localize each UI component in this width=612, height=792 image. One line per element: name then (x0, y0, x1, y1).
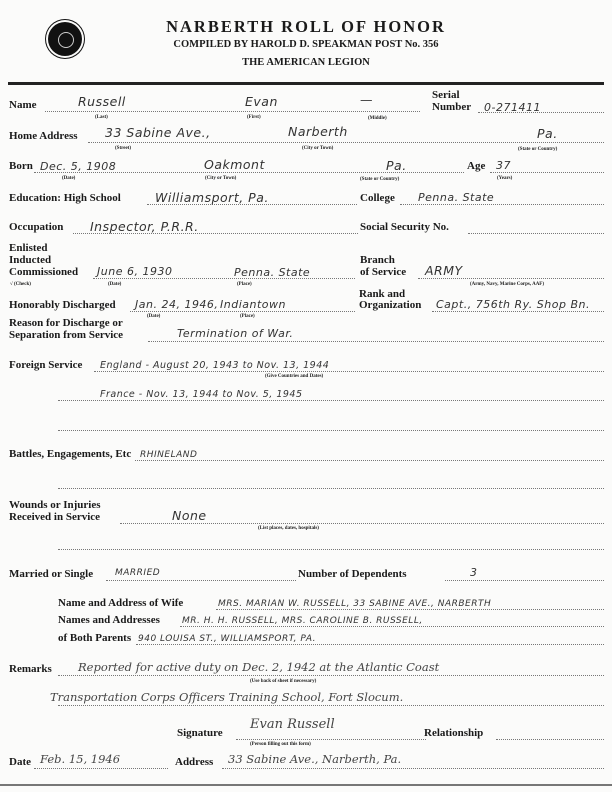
foreign-caption: (Give Countries and Dates) (265, 374, 323, 379)
remarks-label: Remarks (9, 664, 52, 675)
battles-field[interactable]: RHINELAND (140, 450, 197, 460)
wife-field[interactable]: MRS. MARIAN W. RUSSELL, 33 SABINE AVE., … (218, 599, 491, 609)
parents-line-2 (136, 644, 604, 645)
commissioned-option[interactable]: Commissioned (9, 267, 78, 278)
foreign-service-field-2[interactable]: France - Nov. 13, 1944 to Nov. 5, 1945 (100, 389, 303, 400)
form-title: NARBERTH ROLL OF HONOR (0, 17, 612, 37)
remarks-line-1 (58, 675, 604, 676)
ssn-label: Social Security No. (360, 222, 449, 233)
foreign-service-label: Foreign Service (9, 360, 82, 371)
remarks-field-2[interactable]: Transportation Corps Officers Training S… (50, 690, 403, 704)
marital-line (106, 580, 296, 581)
check-caption: √ (Check) (10, 282, 31, 287)
foreign-line-1 (94, 371, 604, 372)
branch-label-2: of Service (360, 267, 406, 278)
dependents-label: Number of Dependents (298, 569, 407, 580)
wounds-field[interactable]: None (172, 508, 207, 523)
name-line (45, 111, 420, 112)
date-line (34, 768, 168, 769)
discharge-place-field[interactable]: Indiantown (220, 298, 286, 311)
born-date-caption: (Date) (62, 176, 75, 181)
remarks-caption: (Use back of sheet if necessary) (250, 679, 316, 684)
dependents-line (445, 580, 604, 581)
reason-field[interactable]: Termination of War. (177, 327, 293, 340)
serial-number-field[interactable]: 0-271411 (484, 101, 541, 114)
enlisted-option[interactable]: Enlisted (9, 243, 48, 254)
remarks-line-2 (58, 705, 604, 706)
last-caption: (Last) (95, 115, 108, 120)
address-label: Address (175, 757, 213, 768)
born-city-field[interactable]: Oakmont (204, 157, 265, 172)
street-field[interactable]: 33 Sabine Ave., (105, 125, 211, 140)
city-field[interactable]: Narberth (288, 124, 348, 139)
address-line (222, 768, 604, 769)
marital-field[interactable]: MARRIED (115, 568, 160, 578)
parents-label-2: of Both Parents (58, 633, 131, 644)
relationship-line (496, 739, 604, 740)
foreign-line-3 (58, 430, 604, 431)
reason-label-2: Separation from Service (9, 330, 123, 341)
wife-label: Name and Address of Wife (58, 598, 183, 609)
wounds-label-1: Wounds or Injuries (9, 500, 101, 511)
city-caption: (City or Town) (302, 146, 333, 151)
bottom-edge (0, 784, 612, 786)
street-caption: (Street) (115, 146, 131, 151)
commissioned-date-field[interactable]: June 6, 1930 (97, 265, 172, 278)
wounds-line (120, 523, 604, 524)
signature-field[interactable]: Evan Russell (250, 717, 335, 732)
born-label: Born (9, 161, 33, 172)
ssn-line (468, 233, 604, 234)
branch-label-1: Branch (360, 255, 395, 266)
name-label: Name (9, 100, 37, 111)
wounds-line-2 (58, 549, 604, 550)
discharge-line (130, 311, 355, 312)
age-field[interactable]: 37 (496, 159, 511, 172)
college-line (400, 204, 604, 205)
branch-caption: (Army, Navy, Marine Corps, AAF) (470, 282, 544, 287)
header-divider (8, 82, 604, 85)
signature-label: Signature (177, 728, 223, 739)
discharge-date-caption: (Date) (147, 314, 160, 319)
occupation-label: Occupation (9, 222, 63, 233)
commission-line (93, 278, 355, 279)
branch-line (418, 278, 604, 279)
age-caption: (Years) (497, 176, 512, 181)
commission-date-caption: (Date) (108, 282, 121, 287)
high-school-field[interactable]: Williamsport, Pa. (155, 190, 269, 205)
home-address-label: Home Address (9, 131, 78, 142)
discharge-date-field[interactable]: Jan. 24, 1946, (135, 298, 218, 311)
commissioned-place-field[interactable]: Penna. State (234, 266, 310, 279)
foreign-service-field-1[interactable]: England - August 20, 1943 to Nov. 13, 19… (100, 360, 329, 371)
rank-label-2: Organization (359, 300, 421, 311)
inducted-option[interactable]: Inducted (9, 255, 51, 266)
date-label: Date (9, 757, 31, 768)
battles-label: Battles, Engagements, Etc (9, 449, 131, 460)
born-city-caption: (City or Town) (205, 176, 236, 181)
home-address-line (88, 142, 604, 143)
last-name-field[interactable]: Russell (78, 94, 126, 109)
discharged-label: Honorably Discharged (9, 300, 116, 311)
wife-line (216, 609, 604, 610)
wounds-caption: (List places, dates, hospitals) (258, 526, 319, 531)
parents-field-1[interactable]: MR. H. H. RUSSELL, MRS. CAROLINE B. RUSS… (182, 616, 423, 626)
commission-place-caption: (Place) (237, 282, 252, 287)
serial-label-2: Number (432, 102, 471, 113)
dependents-field[interactable]: 3 (470, 566, 478, 579)
foreign-line-2 (58, 400, 604, 401)
battles-line (135, 460, 604, 461)
born-state-field[interactable]: Pa. (386, 158, 407, 173)
parents-line-1 (180, 626, 604, 627)
serial-label-1: Serial (432, 90, 460, 101)
parents-field-2[interactable]: 940 LOUISA ST., WILLIAMSPORT, PA. (138, 634, 316, 644)
form-organization: THE AMERICAN LEGION (0, 57, 612, 68)
date-field[interactable]: Feb. 15, 1946 (40, 752, 120, 766)
college-field[interactable]: Penna. State (418, 191, 494, 204)
middle-name-field[interactable]: — (360, 92, 373, 107)
address-field[interactable]: 33 Sabine Ave., Narberth, Pa. (228, 752, 401, 766)
marital-label: Married or Single (9, 569, 93, 580)
first-caption: (First) (247, 115, 261, 120)
state-caption: (State or Country) (518, 147, 557, 152)
relationship-label: Relationship (424, 728, 483, 739)
remarks-field-1[interactable]: Reported for active duty on Dec. 2, 1942… (78, 660, 439, 674)
roll-of-honor-form: NARBERTH ROLL OF HONOR COMPILED BY HAROL… (0, 0, 612, 792)
state-field[interactable]: Pa. (537, 126, 558, 141)
wounds-label-2: Received in Service (9, 512, 100, 523)
signature-line (236, 739, 426, 740)
reason-line (148, 341, 604, 342)
rank-field[interactable]: Capt., 756th Ry. Shop Bn. (436, 298, 590, 311)
age-label: Age (467, 161, 485, 172)
born-date-field[interactable]: Dec. 5, 1908 (40, 160, 116, 173)
reason-label-1: Reason for Discharge or (9, 318, 123, 329)
middle-caption: (Middle) (368, 116, 387, 121)
form-subtitle: COMPILED BY HAROLD D. SPEAKMAN POST No. … (0, 39, 612, 50)
first-name-field[interactable]: Evan (245, 94, 278, 109)
signature-caption: (Person filling out this form) (250, 742, 311, 747)
parents-label-1: Names and Addresses (58, 615, 160, 626)
branch-field[interactable]: ARMY (425, 263, 463, 278)
occupation-field[interactable]: Inspector, P.R.R. (90, 219, 199, 234)
age-line (490, 172, 604, 173)
battles-line-2 (58, 488, 604, 489)
rank-line (432, 311, 604, 312)
college-label: College (360, 193, 395, 204)
born-state-caption: (State or Country) (360, 177, 399, 182)
high-school-label: Education: High School (9, 193, 121, 204)
discharge-place-caption: (Place) (240, 314, 255, 319)
